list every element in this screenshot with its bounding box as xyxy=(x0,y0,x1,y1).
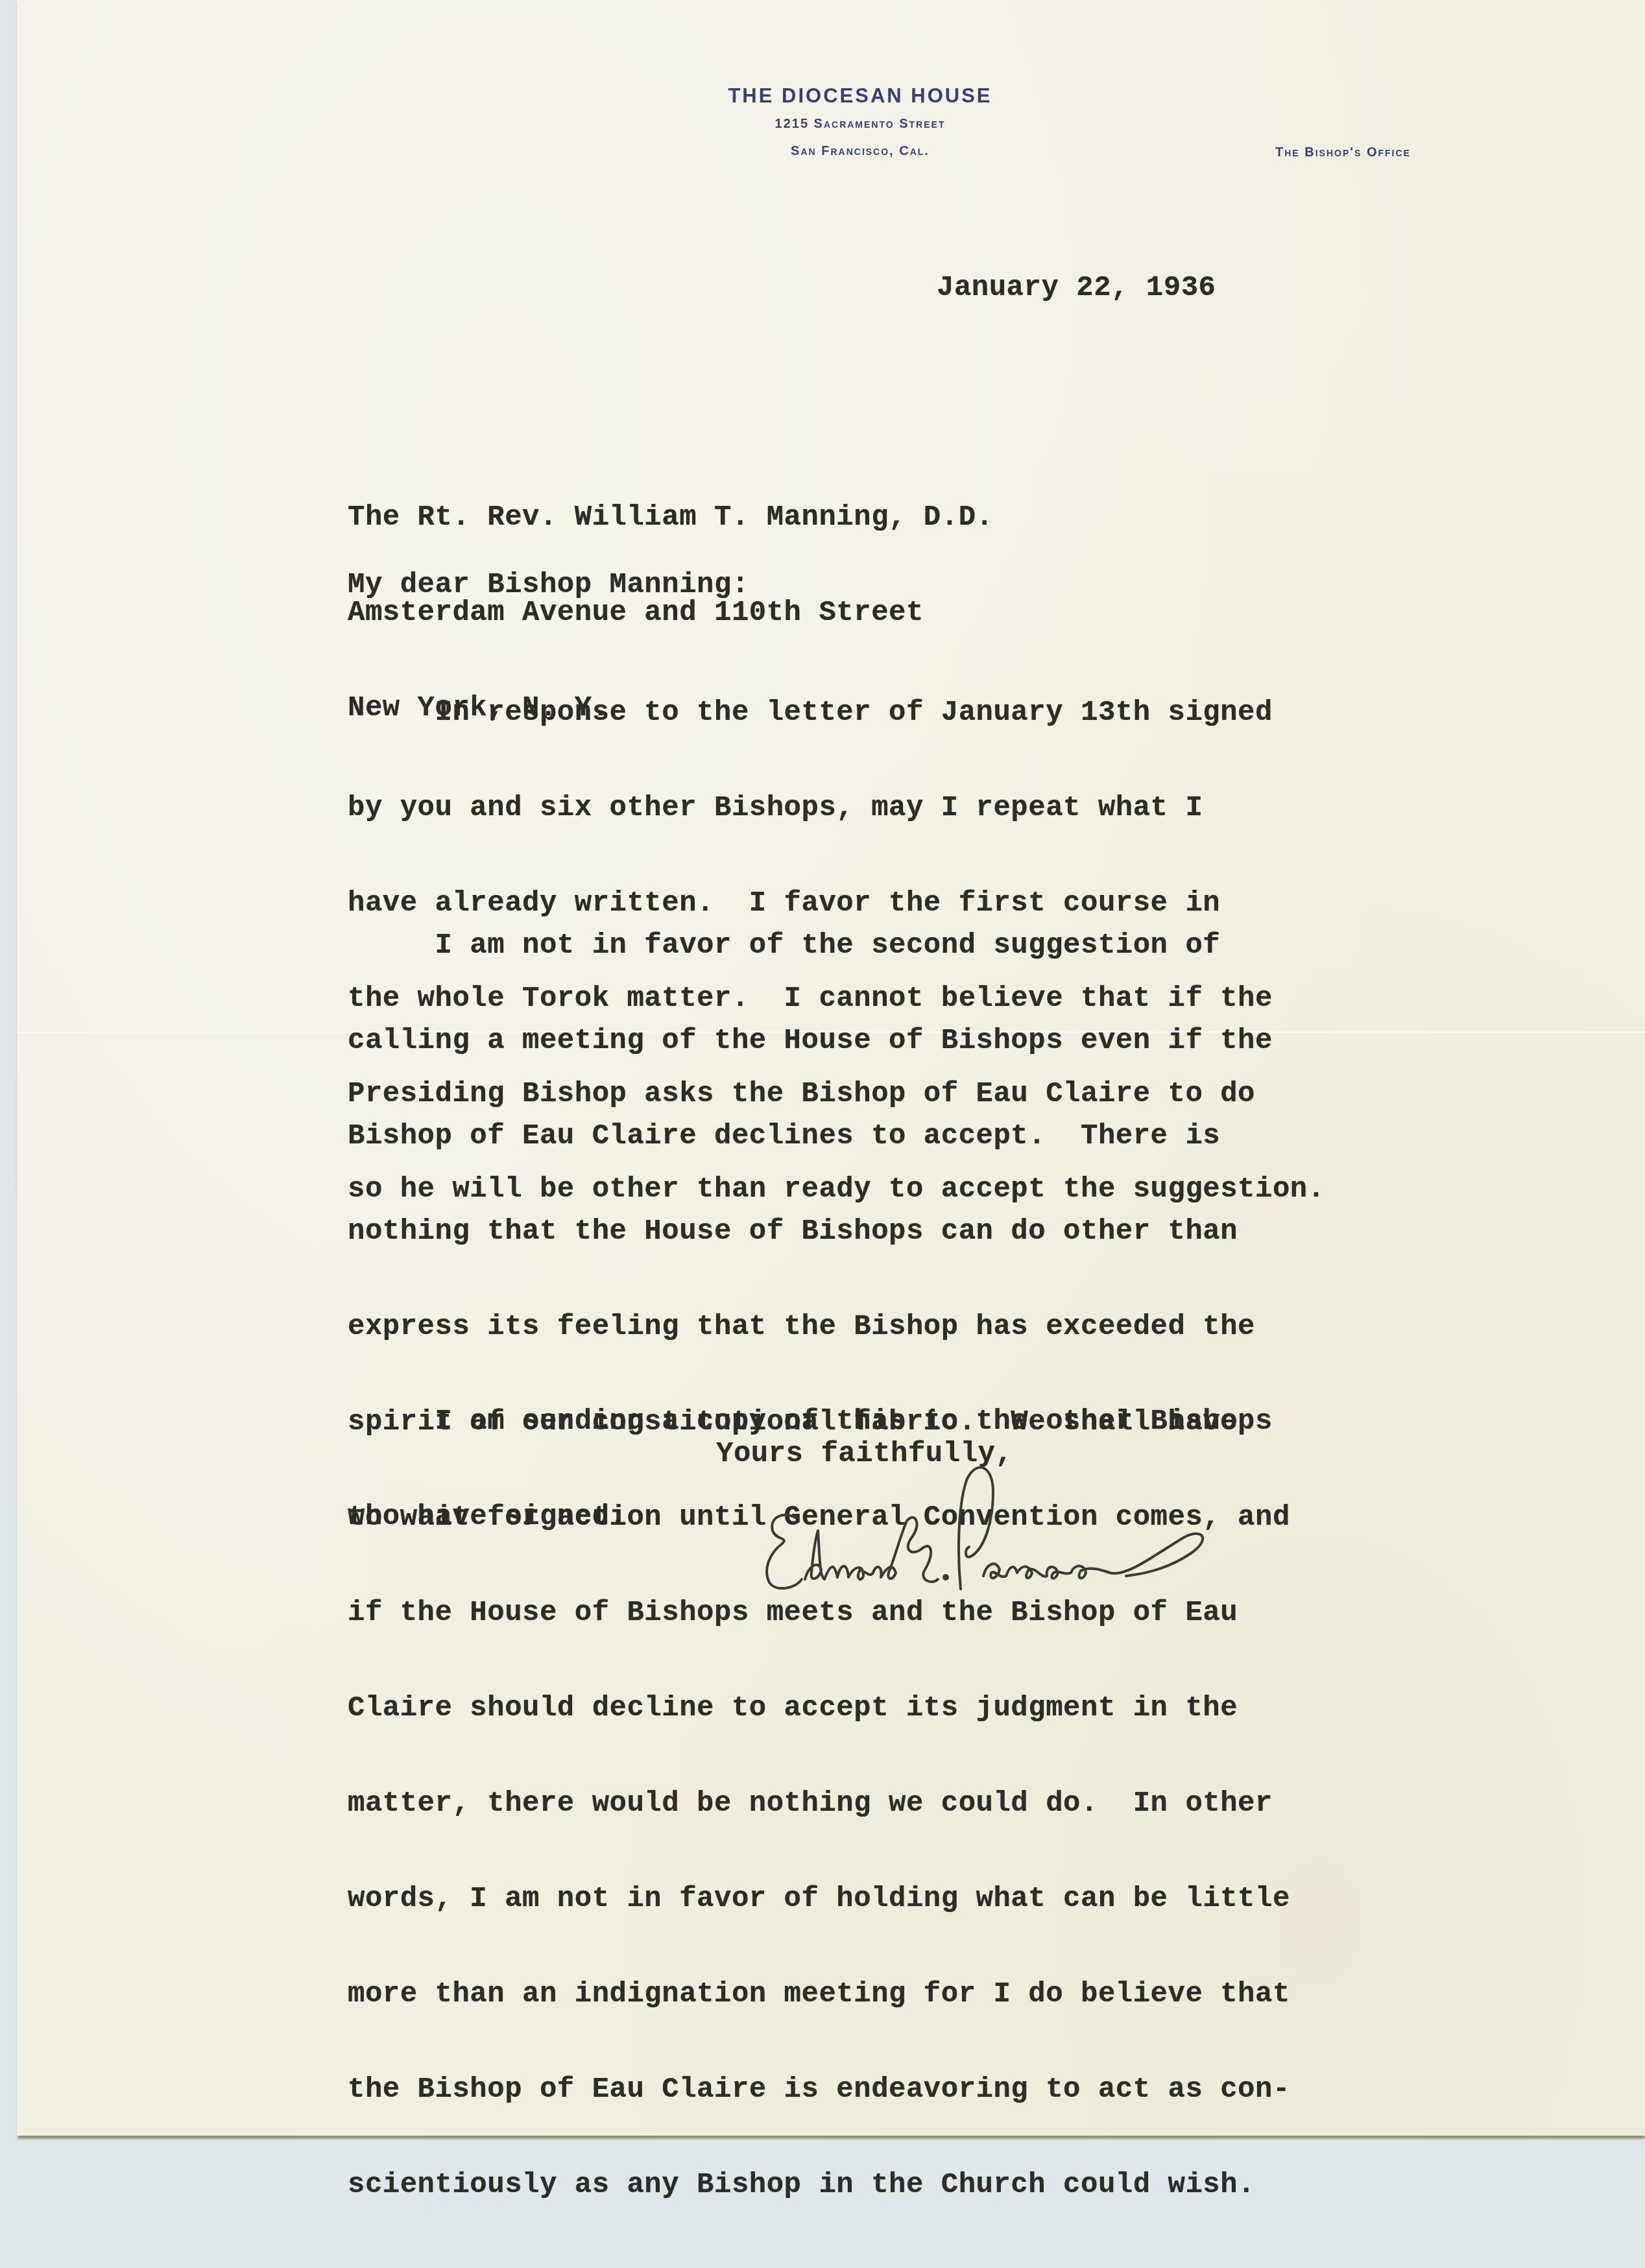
body-line: scientiously as any Bishop in the Church… xyxy=(348,2169,1290,2201)
letterhead-office: The Bishop's Office xyxy=(1275,145,1509,160)
handwritten-signature: Edward L. Parsons xyxy=(737,1440,1418,1634)
salutation: My dear Bishop Manning: xyxy=(348,569,749,601)
body-line: Claire should decline to accept its judg… xyxy=(348,1693,1290,1725)
body-line: express its feeling that the Bishop has … xyxy=(348,1311,1290,1343)
body-line: by you and six other Bishops, may I repe… xyxy=(348,793,1325,824)
letter-page: THE DIOCESAN HOUSE 1215 Sacramento Stree… xyxy=(17,0,1645,2136)
body-line: I am not in favor of the second suggesti… xyxy=(348,930,1290,962)
recipient-street: Amsterdam Avenue and 110th Street xyxy=(348,597,993,629)
body-line: In response to the letter of January 13t… xyxy=(348,697,1325,729)
letter-date: January 22, 1936 xyxy=(937,272,1216,304)
letterhead-city: San Francisco, Cal. xyxy=(685,144,1035,159)
body-line: the Bishop of Eau Claire is endeavoring … xyxy=(348,2074,1290,2106)
body-line: matter, there would be nothing we could … xyxy=(348,1788,1290,1820)
body-line: words, I am not in favor of holding what… xyxy=(348,1883,1290,1915)
body-line: nothing that the House of Bishops can do… xyxy=(348,1216,1290,1248)
body-line: I am sending a copy of this to the other… xyxy=(348,1406,1273,1438)
body-line: calling a meeting of the House of Bishop… xyxy=(348,1025,1290,1057)
signature-icon xyxy=(737,1440,1418,1634)
letterhead-address: 1215 Sacramento Street xyxy=(685,117,1035,132)
body-line: Bishop of Eau Claire declines to accept.… xyxy=(348,1121,1290,1152)
letterhead-title: THE DIOCESAN HOUSE xyxy=(685,84,1035,108)
body-line: more than an indignation meeting for I d… xyxy=(348,1979,1290,2011)
recipient-name: The Rt. Rev. William T. Manning, D.D. xyxy=(348,502,993,534)
